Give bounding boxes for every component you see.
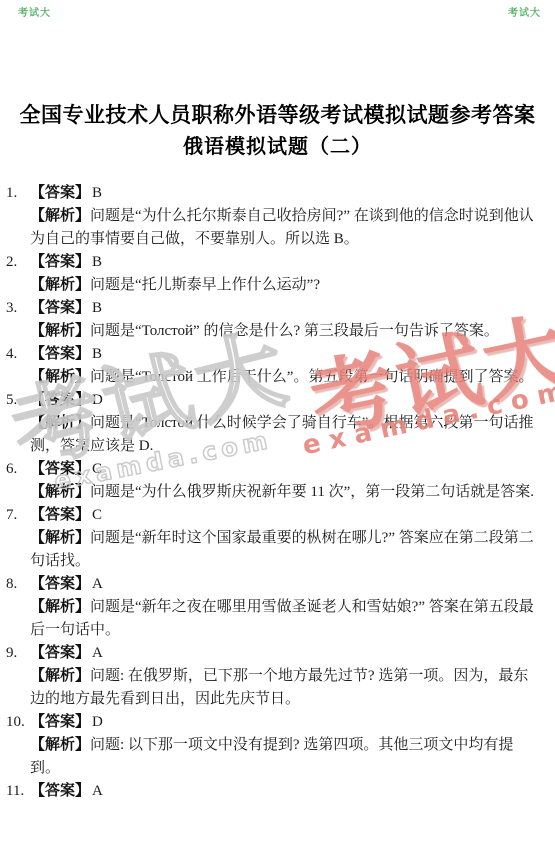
- document-page: 考试大 考试大 全国专业技术人员职称外语等级考试模拟试题参考答案 俄语模拟试题（…: [0, 0, 555, 853]
- answer-line: 【答案】C: [30, 504, 543, 527]
- answer-item: 7. 【答案】C 【解析】问题是“新年时这个国家最重要的枞树在哪儿?” 答案应在…: [0, 504, 543, 573]
- analysis-text: 问题是“新年时这个国家最重要的枞树在哪儿?” 答案应在第二段第二句话找。: [30, 530, 534, 569]
- answer-line: 【答案】C: [30, 458, 543, 481]
- answer-item: 8. 【答案】A 【解析】问题是“新年之夜在哪里用雪做圣诞老人和雪姑娘?” 答案…: [0, 573, 543, 642]
- analysis-text: 问题: 在俄罗斯，已下那一个地方最先过节? 选第一项。因为，最东边的地方最先看到…: [30, 668, 528, 707]
- item-number: 7.: [6, 504, 17, 527]
- answer-item: 6. 【答案】C 【解析】问题是“为什么俄罗斯庆祝新年要 11 次”，第一段第二…: [0, 458, 543, 504]
- answer-label: 【答案】: [30, 185, 90, 201]
- analysis-label: 【解析】: [30, 484, 90, 500]
- answer-label: 【答案】: [30, 714, 90, 730]
- title-block: 全国专业技术人员职称外语等级考试模拟试题参考答案 俄语模拟试题（二）: [0, 100, 555, 162]
- item-analysis: 【解析】问题是“新年之夜在哪里用雪做圣诞老人和雪姑娘?” 答案在第五段最后一句话…: [30, 596, 543, 642]
- item-number: 5.: [6, 389, 17, 412]
- answer-letter: B: [92, 254, 102, 270]
- answer-label: 【答案】: [30, 783, 90, 799]
- answer-letter: D: [92, 714, 103, 730]
- item-analysis: 【解析】问题是“新年时这个国家最重要的枞树在哪儿?” 答案应在第二段第二句话找。: [30, 527, 543, 573]
- answer-label: 【答案】: [30, 507, 90, 523]
- page-title: 全国专业技术人员职称外语等级考试模拟试题参考答案: [0, 100, 555, 130]
- answer-letter: C: [92, 461, 102, 477]
- analysis-label: 【解析】: [30, 530, 90, 546]
- item-number: 4.: [6, 343, 17, 366]
- answer-line: 【答案】A: [30, 642, 543, 665]
- analysis-label: 【解析】: [30, 369, 90, 385]
- item-analysis: 【解析】问题: 在俄罗斯，已下那一个地方最先过节? 选第一项。因为，最东边的地方…: [30, 665, 543, 711]
- analysis-label: 【解析】: [30, 323, 90, 339]
- analysis-text: 问题是“新年之夜在哪里用雪做圣诞老人和雪姑娘?” 答案在第五段最后一句话中。: [30, 599, 534, 638]
- analysis-label: 【解析】: [30, 668, 90, 684]
- analysis-text: 问题是“为什么俄罗斯庆祝新年要 11 次”，第一段第二句话就是答案.: [90, 484, 534, 500]
- answer-item: 5. 【答案】D 【解析】问题是“Толстой 什么时候学会了骑自行车”。根据…: [0, 389, 543, 458]
- item-analysis: 【解析】问题是“为什么俄罗斯庆祝新年要 11 次”，第一段第二句话就是答案.: [30, 481, 543, 504]
- answer-item: 3. 【答案】B 【解析】问题是“Толстой” 的信念是什么? 第三段最后一…: [0, 297, 543, 343]
- page-subtitle: 俄语模拟试题（二）: [0, 132, 555, 162]
- answer-letter: D: [92, 392, 103, 408]
- item-analysis: 【解析】问题是“托儿斯泰早上作什么运动”?: [30, 274, 543, 297]
- answer-label: 【答案】: [30, 461, 90, 477]
- answer-line: 【答案】B: [30, 182, 543, 205]
- answer-label: 【答案】: [30, 254, 90, 270]
- answer-letter: B: [92, 300, 102, 316]
- answer-item: 1. 【答案】B 【解析】问题是“为什么托尔斯泰自己收拾房间?” 在谈到他的信念…: [0, 182, 543, 251]
- answer-line: 【答案】A: [30, 780, 543, 803]
- answer-line: 【答案】B: [30, 251, 543, 274]
- answer-item: 10. 【答案】D 【解析】问题: 以下那一项文中没有提到? 选第四项。其他三项…: [0, 711, 543, 780]
- answer-item: 4. 【答案】B 【解析】问题是“Толстой 工作后干什么”。第五段第一句话…: [0, 343, 543, 389]
- answer-item: 11. 【答案】A: [0, 780, 543, 803]
- answers-list: 1. 【答案】B 【解析】问题是“为什么托尔斯泰自己收拾房间?” 在谈到他的信念…: [0, 182, 549, 803]
- answer-letter: C: [92, 507, 102, 523]
- answer-line: 【答案】D: [30, 711, 543, 734]
- analysis-label: 【解析】: [30, 737, 90, 753]
- answer-letter: B: [92, 346, 102, 362]
- analysis-text: 问题是“为什么托尔斯泰自己收拾房间?” 在谈到他的信念时说到他认为自己的事情要自…: [30, 208, 534, 247]
- item-number: 11.: [6, 780, 24, 803]
- answer-label: 【答案】: [30, 346, 90, 362]
- item-analysis: 【解析】问题: 以下那一项文中没有提到? 选第四项。其他三项文中均有提到。: [30, 734, 543, 780]
- item-number: 6.: [6, 458, 17, 481]
- answer-item: 2. 【答案】B 【解析】问题是“托儿斯泰早上作什么运动”?: [0, 251, 543, 297]
- answer-label: 【答案】: [30, 645, 90, 661]
- answer-letter: A: [92, 576, 103, 592]
- answer-line: 【答案】B: [30, 343, 543, 366]
- answer-letter: A: [92, 783, 103, 799]
- answer-label: 【答案】: [30, 300, 90, 316]
- answer-line: 【答案】D: [30, 389, 543, 412]
- analysis-text: 问题是“Толстой” 的信念是什么? 第三段最后一句告诉了答案。: [90, 323, 499, 339]
- item-analysis: 【解析】问题是“Толстой 工作后干什么”。第五段第一句话明确提到了答案。: [30, 366, 543, 389]
- item-number: 10.: [6, 711, 25, 734]
- item-number: 2.: [6, 251, 17, 274]
- answer-label: 【答案】: [30, 392, 90, 408]
- item-number: 8.: [6, 573, 17, 596]
- analysis-text: 问题是“Толстой 什么时候学会了骑自行车”。根据第六段第一句话推测，答案应…: [30, 415, 533, 454]
- analysis-label: 【解析】: [30, 277, 90, 293]
- analysis-label: 【解析】: [30, 415, 90, 431]
- item-number: 1.: [6, 182, 17, 205]
- site-logo-top-left: 考试大: [18, 4, 51, 19]
- answer-line: 【答案】B: [30, 297, 543, 320]
- answer-letter: A: [92, 645, 103, 661]
- analysis-text: 问题: 以下那一项文中没有提到? 选第四项。其他三项文中均有提到。: [30, 737, 513, 776]
- answer-line: 【答案】A: [30, 573, 543, 596]
- analysis-text: 问题是“托儿斯泰早上作什么运动”?: [90, 277, 320, 293]
- answer-item: 9. 【答案】A 【解析】问题: 在俄罗斯，已下那一个地方最先过节? 选第一项。…: [0, 642, 543, 711]
- analysis-text: 问题是“Толстой 工作后干什么”。第五段第一句话明确提到了答案。: [90, 369, 533, 385]
- analysis-label: 【解析】: [30, 208, 90, 224]
- answer-label: 【答案】: [30, 576, 90, 592]
- item-analysis: 【解析】问题是“为什么托尔斯泰自己收拾房间?” 在谈到他的信念时说到他认为自己的…: [30, 205, 543, 251]
- answer-letter: B: [92, 185, 102, 201]
- item-analysis: 【解析】问题是“Толстой 什么时候学会了骑自行车”。根据第六段第一句话推测…: [30, 412, 543, 458]
- site-logo-top-right: 考试大: [508, 4, 541, 19]
- analysis-label: 【解析】: [30, 599, 90, 615]
- item-number: 3.: [6, 297, 17, 320]
- item-number: 9.: [6, 642, 17, 665]
- item-analysis: 【解析】问题是“Толстой” 的信念是什么? 第三段最后一句告诉了答案。: [30, 320, 543, 343]
